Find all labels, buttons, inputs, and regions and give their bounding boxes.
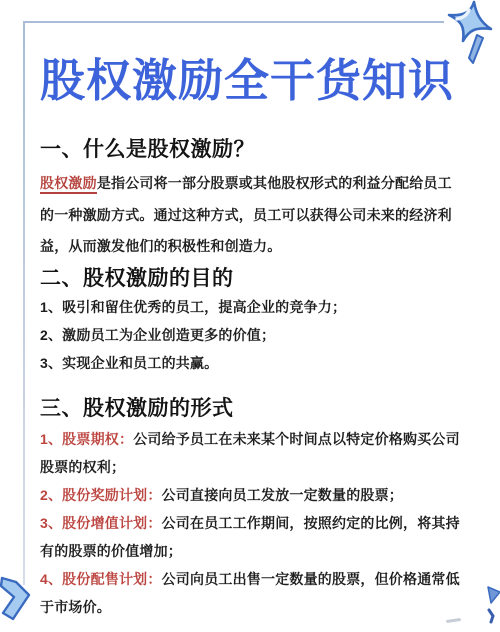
section-what-is-equity-incentive: 一、什么是股权激励？ 股权激励是指公司将一部分股票或其他股权形式的利益分配给员工… (40, 138, 464, 263)
form-item-1-lead: 1、股票期权： (40, 431, 133, 447)
section-forms: 三、股权激励的形式 1、股票期权：公司给予员工在未来某个时间点以特定价格购买公司… (40, 397, 464, 621)
section-purpose: 二、股权激励的目的 1、吸引和留住优秀的员工，提高企业的竞争力； 2、激励员工为… (40, 267, 464, 373)
form-item-2: 2、股份奖励计划：公司直接向员工发放一定数量的股票； (40, 481, 464, 509)
form-item-1: 1、股票期权：公司给予员工在未来某个时间点以特定价格购买公司股票的权利； (40, 425, 464, 481)
section-1-body-text: 是指公司将一部分股票或其他股权形式的利益分配给员工的一种激励方式。通过这种方式，… (40, 175, 452, 254)
equity-incentive-term: 股权激励 (40, 175, 97, 194)
double-chevron-icon (0, 572, 34, 626)
purpose-item-2: 2、激励员工为企业创造更多的价值； (40, 326, 464, 345)
form-item-3-lead: 3、股份增值计划： (40, 515, 162, 531)
poster-title: 股权激励全干货知识 (40, 56, 464, 106)
form-item-3: 3、股份增值计划：公司在员工工作期间，按照约定的比例，将其持有的股票的价值增加； (40, 509, 464, 565)
card-left-border (23, 21, 25, 585)
form-item-4: 4、股份配售计划：公司向员工出售一定数量的股票，但价格通常低于市场价。 (40, 565, 464, 621)
form-item-2-text: 公司直接向员工发放一定数量的股票； (162, 487, 403, 503)
section-1-body: 股权激励是指公司将一部分股票或其他股权形式的利益分配给员工的一种激励方式。通过这… (40, 168, 464, 263)
knowledge-poster: 股权激励全干货知识 一、什么是股权激励？ 股权激励是指公司将一部分股票或其他股权… (0, 0, 500, 632)
section-2-heading: 二、股权激励的目的 (40, 267, 464, 291)
form-item-2-lead: 2、股份奖励计划： (40, 487, 162, 503)
card-top-border (23, 21, 444, 23)
purpose-item-1: 1、吸引和留住优秀的员工，提高企业的竞争力； (40, 298, 464, 317)
purpose-item-3: 3、实现企业和员工的共赢。 (40, 354, 464, 373)
card-content: 股权激励全干货知识 一、什么是股权激励？ 股权激励是指公司将一部分股票或其他股权… (40, 56, 464, 621)
cursor-triangle-icon (470, 583, 500, 628)
section-1-heading: 一、什么是股权激励？ (40, 138, 464, 162)
section-3-heading: 三、股权激励的形式 (40, 397, 464, 421)
form-item-4-lead: 4、股份配售计划： (40, 571, 162, 587)
